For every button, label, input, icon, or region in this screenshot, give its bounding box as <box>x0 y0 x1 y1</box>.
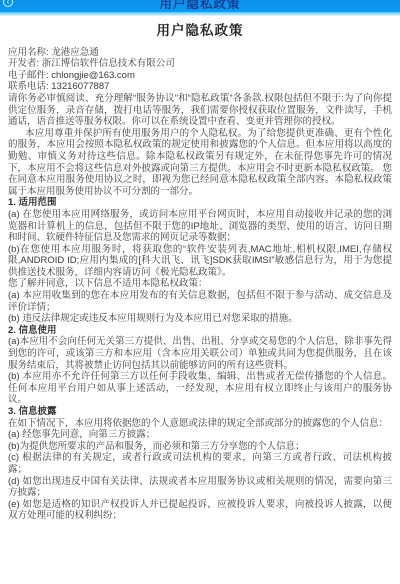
developer-line: 开发者: 浙江博信软件信息技术有限公司 <box>8 58 392 70</box>
section-3-heading: 3. 信息披露 <box>8 406 392 418</box>
section-1-paragraph: (a) 本应用收集到的您在本应用发布的有关信息数据，包括但不限于参与活动、成交信… <box>8 290 392 313</box>
section-2-paragraph: (a)本应用不会向任何无关第三方提供、出售、出租、分享或交易您的个人信息，除非事… <box>8 336 392 371</box>
section-1-heading: 1. 适用范围 <box>8 197 392 209</box>
section-3-paragraph: 在如下情况下，本应用将依据您的个人意愿或法律的规定全部或部分的披露您的个人信息： <box>8 418 392 430</box>
permission-notice-paragraph: 请你务必审慎阅读、充分理解“服务协议”和“隐私政策”各条款.权限包括但不限于:为… <box>8 93 392 128</box>
app-name-line: 应用名称: 龙港应急通 <box>8 47 392 59</box>
section-2-paragraph: (b) 本应用亦不允许任何第三方以任何手段收集、编辑、出售或者无偿传播您的个人信… <box>8 371 392 406</box>
document-title: 用户隐私政策 <box>8 25 392 37</box>
intro-paragraph: 本应用尊重并保护所有使用服务用户的个人隐私权。为了给您提供更准确、更有个性化的服… <box>8 128 392 198</box>
section-2-heading: 2. 信息使用 <box>8 325 392 337</box>
app-header: ‹ 用户隐私政策 <box>0 0 400 12</box>
header-title: 用户隐私政策 <box>0 0 400 12</box>
privacy-policy-document: 用户隐私政策 应用名称: 龙港应急通 开发者: 浙江博信软件信息技术有限公司 电… <box>0 16 400 522</box>
section-3-paragraph: (d) 如您出现违反中国有关法律、法规或者本应用服务协议或相关规则的情况，需要向… <box>8 476 392 499</box>
section-1-paragraph: (b)在您使用本应用服务时，将获取您的“软件安装列表,MAC地址,相机权限,IM… <box>8 244 392 279</box>
section-1-paragraph: (a) 在您使用本应用网络服务，或访问本应用平台网页时，本应用自动接收并记录的您… <box>8 209 392 244</box>
email-line: 电子邮件: chlongjie@163.com <box>8 70 392 82</box>
section-3-paragraph: (b)为提供您所要求的产品和服务，而必须和第三方分享您的个人信息； <box>8 441 392 453</box>
section-1-paragraph: (b) 违反法律规定或违反本应用规则行为及本应用已对您采取的措施。 <box>8 313 392 325</box>
section-3-paragraph: (a) 经您事先同意，向第三方披露； <box>8 429 392 441</box>
section-3-paragraph: (e) 如您是适格的知识产权投诉人并已提起投诉，应被投诉人要求，向被投诉人披露，… <box>8 499 392 522</box>
section-1-paragraph: 您了解并同意，以下信息不适用本隐私权政策： <box>8 278 392 290</box>
phone-line: 联系电话: 13216077887 <box>8 81 392 93</box>
section-3-paragraph: (c) 根据法律的有关规定，或者行政或司法机构的要求，向第三方或者行政、司法机构… <box>8 452 392 475</box>
